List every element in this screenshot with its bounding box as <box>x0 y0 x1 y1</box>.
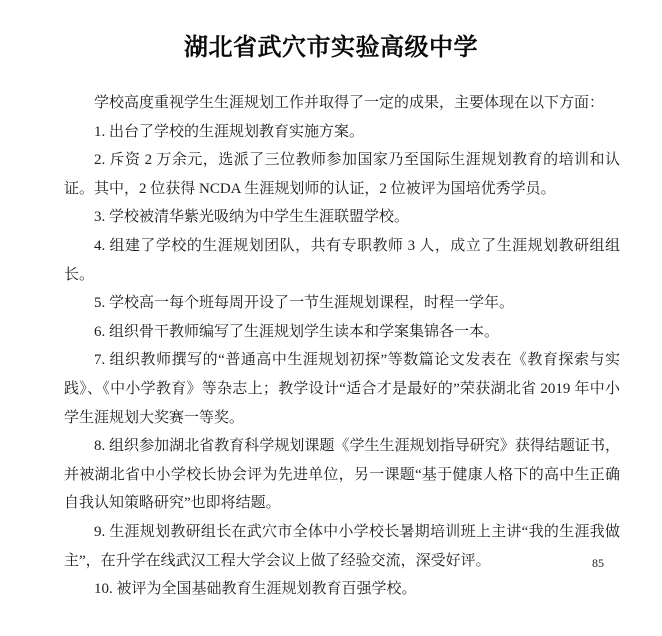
paragraph: 3. 学校被清华紫光吸纳为中学生生涯联盟学校。 <box>64 203 620 232</box>
paragraph: 10. 被评为全国基础教育生涯规划教育百强学校。 <box>64 575 620 604</box>
paragraph: 4. 组建了学校的生涯规划团队，共有专职教师 3 人，成立了生涯规划教研组组长。 <box>64 232 620 289</box>
document-body: 学校高度重视学生生涯规划工作并取得了一定的成果，主要体现在以下方面：1. 出台了… <box>64 89 620 604</box>
page-title: 湖北省武穴市实验高级中学 <box>0 0 662 64</box>
paragraph: 学校高度重视学生生涯规划工作并取得了一定的成果，主要体现在以下方面： <box>64 89 620 118</box>
paragraph: 7. 组织教师撰写的“普通高中生涯规划初探”等数篇论文发表在《教育探索与实践》、… <box>64 346 620 432</box>
paragraph: 1. 出台了学校的生涯规划教育实施方案。 <box>64 118 620 147</box>
document-page: 湖北省武穴市实验高级中学 学校高度重视学生生涯规划工作并取得了一定的成果，主要体… <box>0 0 662 636</box>
paragraph: 9. 生涯规划教研组长在武穴市全体中小学校长暑期培训班上主讲“我的生涯我做主”，… <box>64 518 620 575</box>
page-number: 85 <box>592 556 604 571</box>
paragraph: 6. 组织骨干教师编写了生涯规划学生读本和学案集锦各一本。 <box>64 318 620 347</box>
paragraph: 2. 斥资 2 万余元，选派了三位教师参加国家乃至国际生涯规划教育的培训和认证。… <box>64 146 620 203</box>
paragraph: 5. 学校高一每个班每周开设了一节生涯规划课程，时程一学年。 <box>64 289 620 318</box>
paragraph: 8. 组织参加湖北省教育科学规划课题《学生生涯规划指导研究》获得结题证书，并被湖… <box>64 432 620 518</box>
